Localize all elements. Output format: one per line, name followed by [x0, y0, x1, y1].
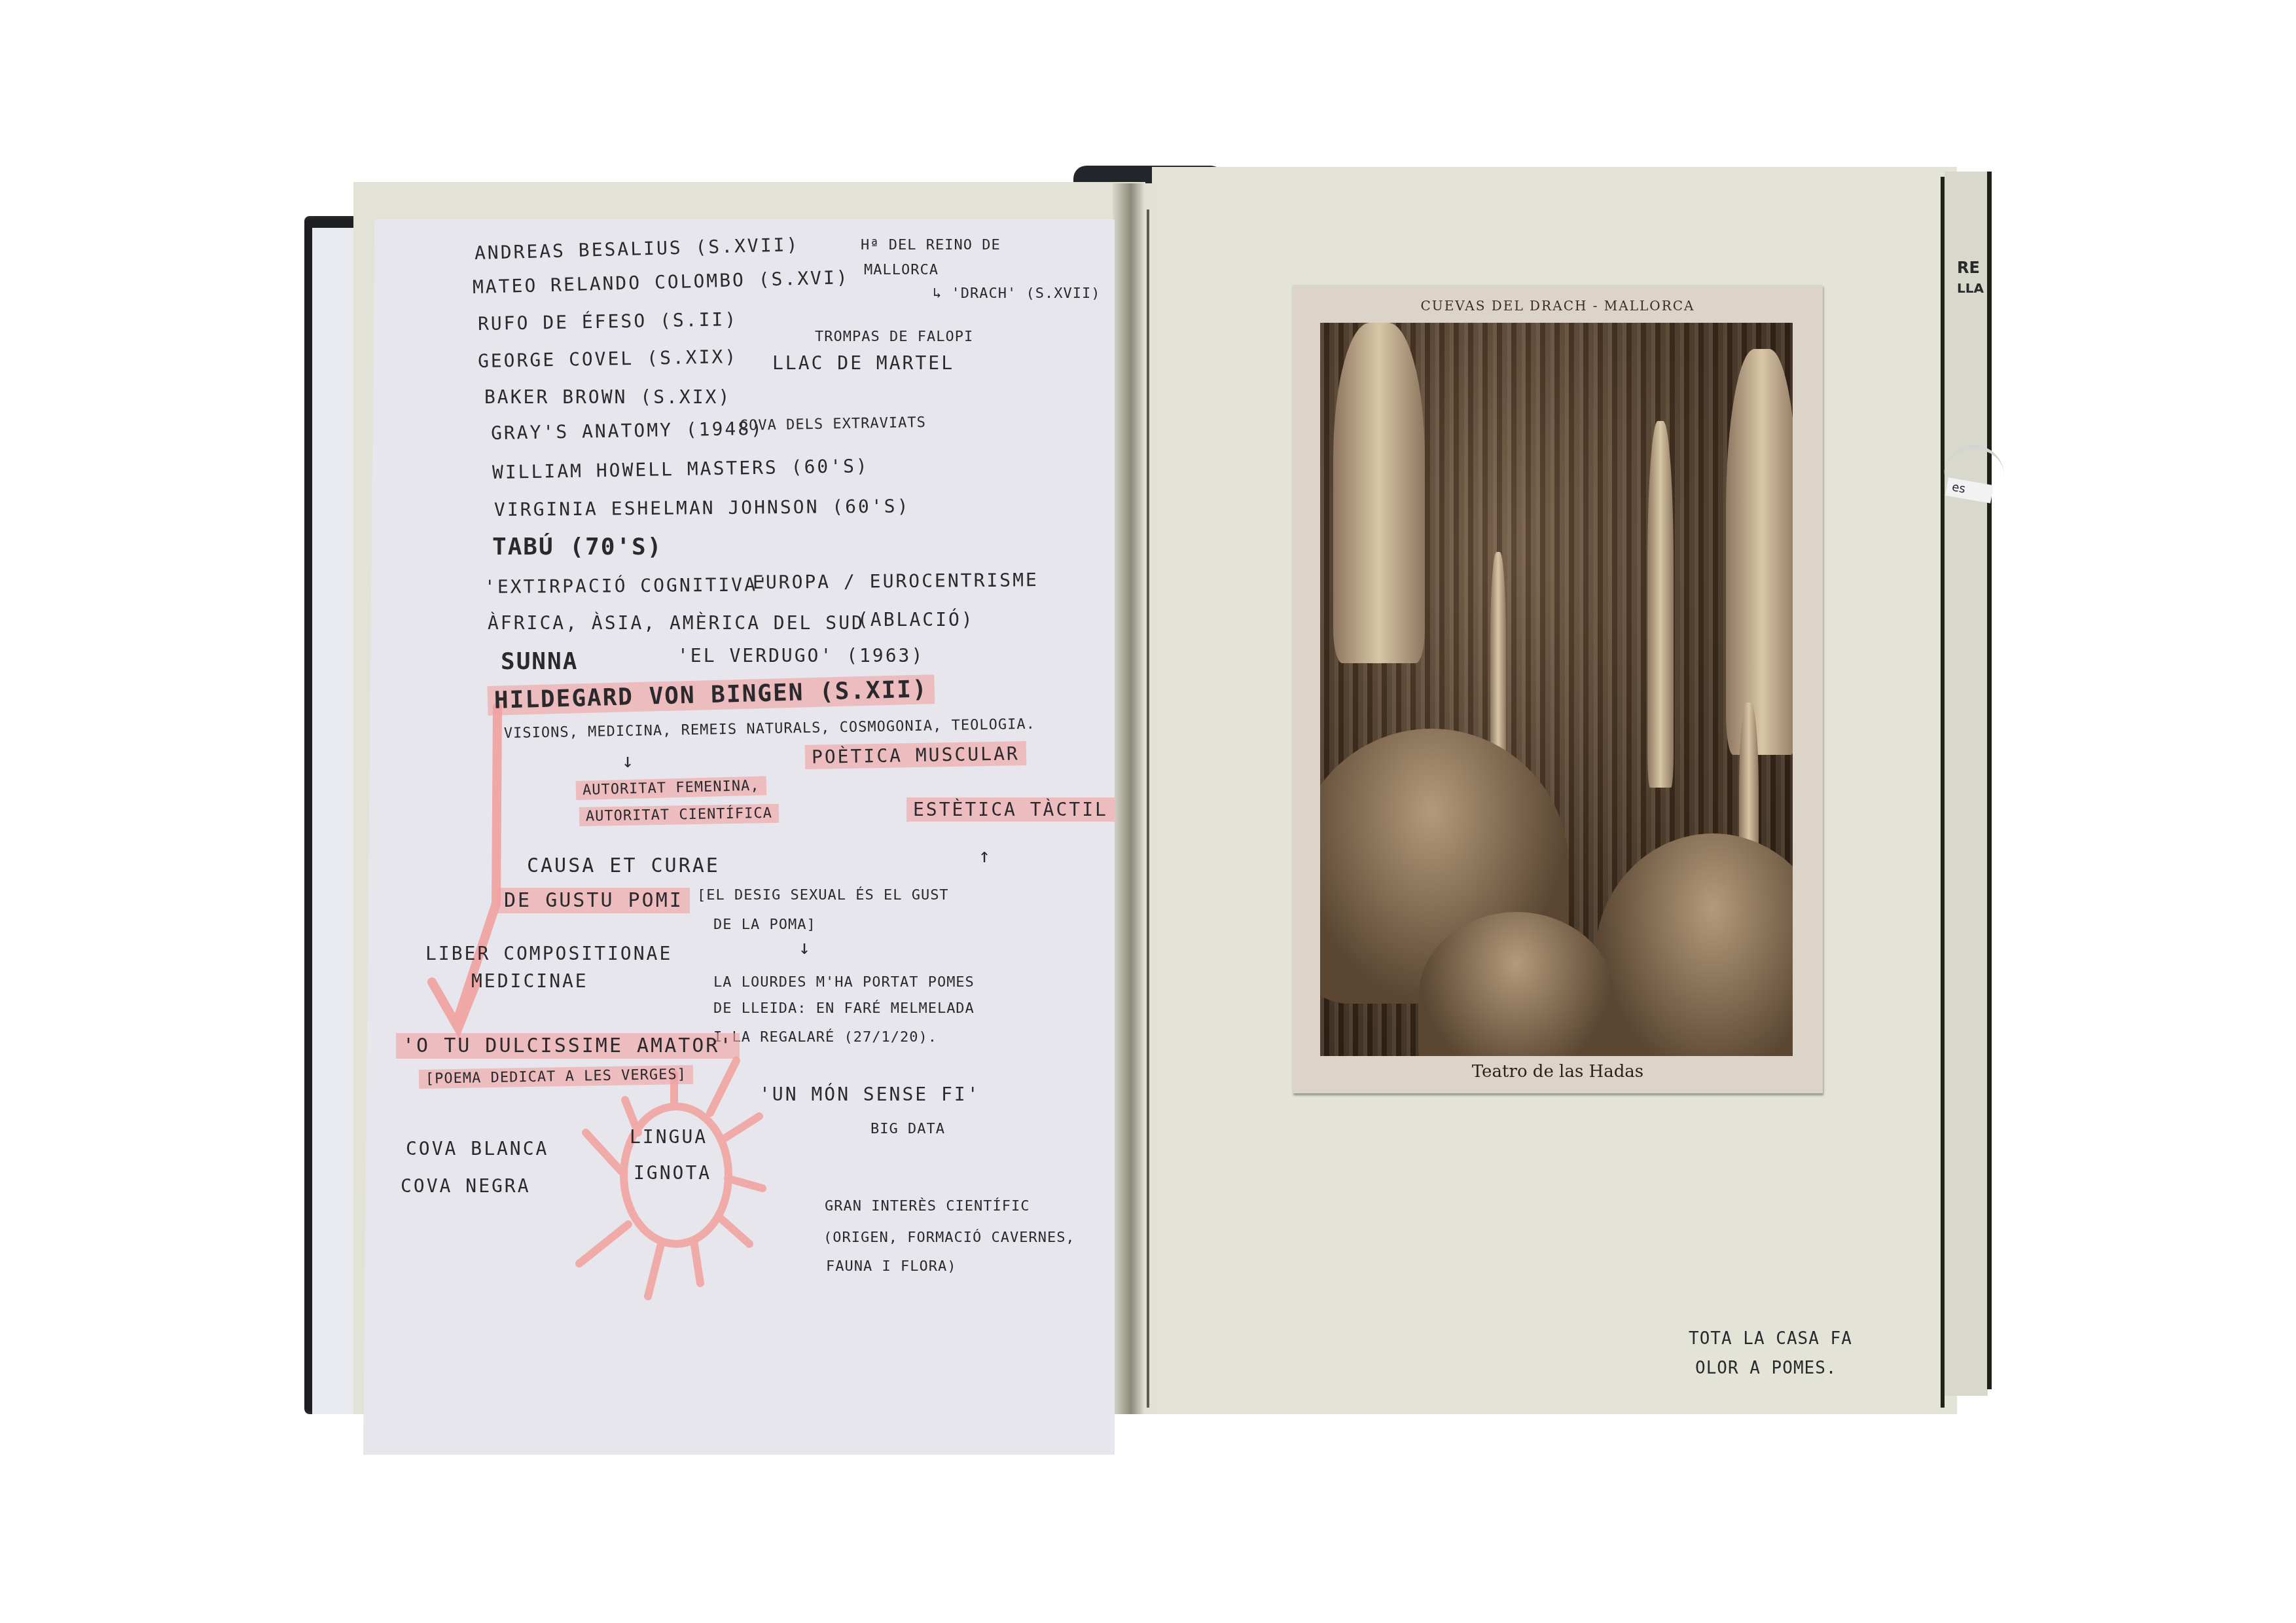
- note-line: 'El Verdugo' (1963): [677, 645, 924, 666]
- note-line: Gran interès científic: [825, 1198, 1030, 1214]
- note-line: Autoritat femenina,: [576, 777, 766, 799]
- note-line: i la regalaré (27/1/20).: [713, 1029, 937, 1046]
- note-line: de Lleida: en faré melmelada: [713, 1000, 975, 1017]
- arrow-up-icon: ↑: [978, 845, 992, 867]
- cave-stalactite-photo: [1320, 323, 1793, 1056]
- note-line: Rufo de Éfeso (s.II): [478, 308, 738, 335]
- highlight-poetica: Poètica muscular: [805, 741, 1026, 769]
- book-gutter: [1113, 183, 1158, 1414]
- arrow-down-icon: ↓: [622, 750, 636, 773]
- page-edge-line-outer: [1987, 172, 1992, 1389]
- note-line: Virginia Eshelman Johnson (60's): [494, 495, 910, 520]
- side-note-line: Mallorca: [864, 262, 939, 278]
- note-line: (Ablació): [857, 609, 975, 630]
- note-line-ignota: ignota: [634, 1162, 711, 1184]
- side-note-line: ↳ 'Drach' (s.XVII): [933, 285, 1100, 302]
- partial-text-re: RE: [1957, 259, 1980, 277]
- note-line: medicinae: [471, 970, 588, 992]
- page-edge-line: [1941, 177, 1945, 1408]
- note-line: Baker Brown (s.XIX): [484, 386, 731, 408]
- note-line: La Lourdes m'ha portat pomes: [713, 974, 975, 991]
- note-line: de la poma]: [713, 917, 816, 933]
- note-line: De gustu pomi: [497, 889, 690, 912]
- arrow-down-icon: ↓: [798, 936, 812, 959]
- note-line: Causa et curae: [527, 854, 720, 877]
- note-line-sunna: Sunna: [501, 648, 578, 675]
- note-line: [El desig sexual és el gust: [697, 887, 949, 903]
- postcard-caption: Teatro de las Hadas: [1293, 1062, 1823, 1082]
- highlight-estetica: Estètica tàctil: [906, 797, 1115, 822]
- note-line: Àfrica, Àsia, Amèrica del Sud: [488, 612, 865, 634]
- side-note-line: Hª del Reino de: [861, 237, 1001, 253]
- note-line: Cova negra: [401, 1175, 531, 1197]
- note-line: Cova dels Extraviats: [740, 414, 926, 434]
- note-line: Autoritat científica: [579, 805, 779, 825]
- note-line: Cova blanca: [406, 1138, 548, 1159]
- highlight-o-tu: 'O tu dulcissime amator': [396, 1033, 740, 1059]
- note-line: [Poema dedicat a les verges]: [419, 1067, 693, 1087]
- note-line: 'O tu dulcissime amator': [396, 1034, 740, 1057]
- next-page-strip[interactable]: [1945, 172, 1988, 1396]
- partial-text-lla: LLA: [1957, 280, 1984, 296]
- handwritten-note-card: [363, 219, 1115, 1455]
- note-line: (origen, formació cavernes,: [823, 1230, 1075, 1246]
- note-line: Poètica muscular: [805, 742, 1026, 768]
- note-line: Estètica tàctil: [906, 799, 1115, 820]
- side-note-trompas: Trompas de Falopi: [815, 329, 973, 345]
- note-line: 'Un món sense fi': [759, 1084, 980, 1105]
- note-line: Liber compositionae: [425, 943, 672, 964]
- note-line-lingua: Lingua: [630, 1126, 708, 1148]
- note-line-tabu: Tabú (70's): [492, 534, 662, 560]
- right-page-note-line: olor a pomes.: [1695, 1359, 1837, 1378]
- note-line: Big data: [870, 1121, 945, 1137]
- cave-postcard: CUEVAS DEL DRACH - MALLORCA Teatro de la…: [1293, 285, 1823, 1093]
- highlight-autoritat-cientifica: Autoritat científica: [579, 804, 779, 826]
- note-line: Europa / Eurocentrisme: [753, 569, 1039, 593]
- note-line: fauna i flora): [826, 1258, 956, 1275]
- side-note-llac: Llac de Martel: [772, 352, 954, 374]
- note-line: George Covel (s.XIX): [478, 346, 738, 372]
- gutter-torn-edge: [1147, 210, 1149, 1408]
- right-page-note-line: Tota la casa fa: [1689, 1329, 1852, 1349]
- note-line: 'Extirpació cognitiva': [484, 574, 770, 598]
- highlight-de-gustu-pomi: De gustu pomi: [497, 888, 690, 913]
- postcard-title: CUEVAS DEL DRACH - MALLORCA: [1293, 298, 1823, 314]
